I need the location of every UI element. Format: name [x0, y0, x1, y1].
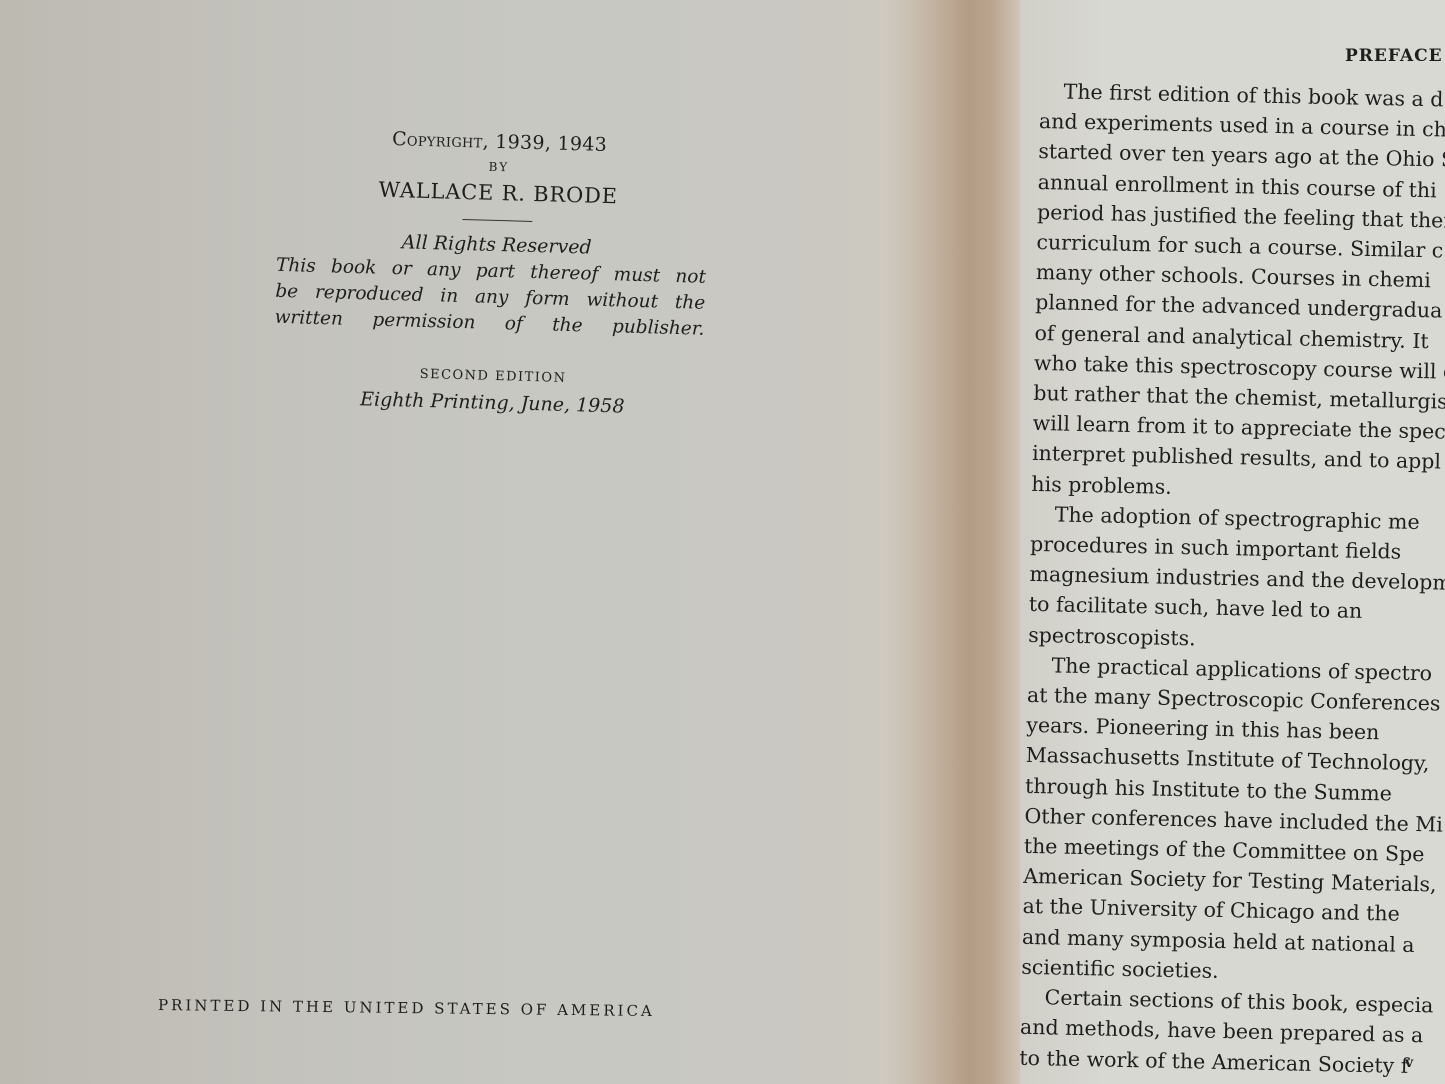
divider-rule — [462, 219, 532, 222]
book-gutter — [880, 0, 1040, 1084]
right-page-clip: PREFACE The first edition of this book w… — [1020, 0, 1445, 1084]
page-number: v — [1405, 1055, 1413, 1071]
preface-heading: PREFACE — [1345, 46, 1443, 66]
copyright-label: Copyright, — [392, 128, 489, 153]
copyright-block: Copyright, 1939, 1943 BY WALLACE R. BROD… — [272, 122, 720, 423]
copyright-years: 1939, 1943 — [489, 131, 608, 156]
preface-body: The first edition of this book was a dan… — [1020, 76, 1445, 1082]
